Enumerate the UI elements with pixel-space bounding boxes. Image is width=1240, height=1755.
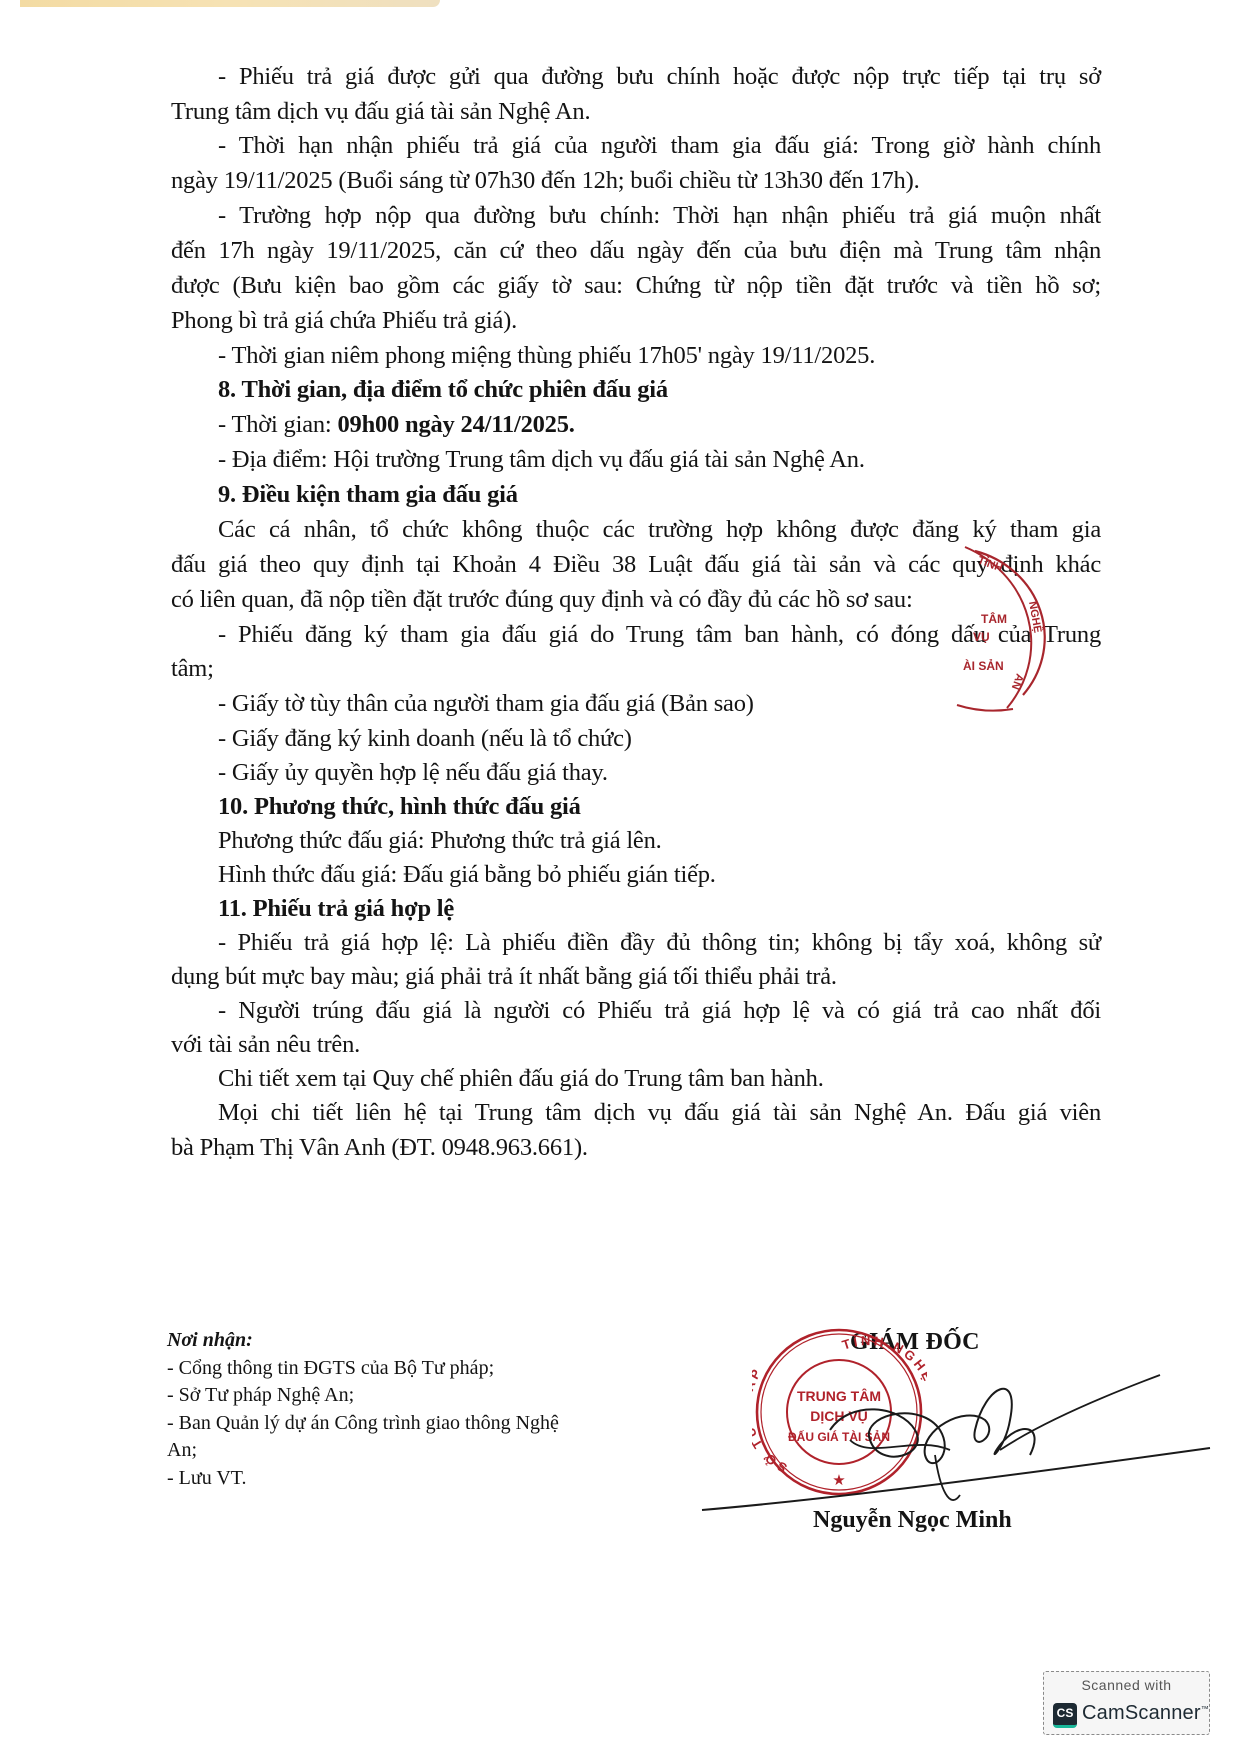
svg-text:SỞ TƯ PHÁP: SỞ TƯ PHÁP	[752, 1364, 789, 1476]
handwritten-signature	[700, 1360, 1220, 1520]
recipient-item: - Sở Tư pháp Nghệ An;	[167, 1382, 559, 1410]
paragraph-line: - Giấy ủy quyền hợp lệ nếu đấu giá thay.	[218, 758, 608, 788]
paragraph-line: - Giấy đăng ký kinh doanh (nếu là tổ chứ…	[218, 724, 632, 754]
paragraph-line: được (Bưu kiện bao gồm các giấy tờ sau: …	[171, 271, 1101, 301]
section-heading-10: 10. Phương thức, hình thức đấu giá	[218, 792, 581, 822]
recipient-item: - Lưu VT.	[167, 1465, 559, 1493]
paragraph-line: với tài sản nêu trên.	[171, 1030, 360, 1060]
auction-time-label: - Thời gian:	[218, 411, 337, 438]
svg-text:DỊCH VỤ: DỊCH VỤ	[810, 1408, 868, 1424]
paragraph-line: - Thời hạn nhận phiếu trả giá của người …	[218, 131, 1101, 161]
paragraph-line: Phương thức đấu giá: Phương thức trả giá…	[218, 826, 662, 856]
watermark-caption: Scanned with	[1044, 1677, 1209, 1693]
paragraph-line: ngày 19/11/2025 (Buổi sáng từ 07h30 đến …	[171, 166, 920, 196]
svg-text:TRUNG TÂM: TRUNG TÂM	[797, 1387, 881, 1404]
camscanner-watermark: Scanned with CS CamScanner™	[1043, 1671, 1210, 1735]
recipients-block: Nơi nhận: - Cổng thông tin ĐGTS của Bộ T…	[167, 1327, 559, 1492]
paragraph-line: - Trường hợp nộp qua đường bưu chính: Th…	[218, 201, 1101, 231]
svg-text:ĐẤU GIÁ TÀI SẢN: ĐẤU GIÁ TÀI SẢN	[788, 1429, 890, 1444]
paragraph-line: - Phiếu trả giá được gửi qua đường bưu c…	[218, 62, 1101, 92]
section-heading-9: 9. Điều kiện tham gia đấu giá	[218, 480, 518, 510]
paragraph-line: Hình thức đấu giá: Đấu giá bằng bỏ phiếu…	[218, 860, 716, 890]
auction-time-line: - Thời gian: 09h00 ngày 24/11/2025.	[218, 410, 575, 440]
paragraph-line: Chi tiết xem tại Quy chế phiên đấu giá d…	[218, 1064, 824, 1094]
section-heading-8: 8. Thời gian, địa điểm tổ chức phiên đấu…	[218, 375, 668, 405]
svg-text:AN: AN	[1009, 672, 1026, 691]
paragraph-line: có liên quan, đã nộp tiền đặt trước đúng…	[171, 585, 913, 615]
recipient-item: An;	[167, 1437, 559, 1465]
paragraph-line: dụng bút mực bay màu; giá phải trả ít nh…	[171, 962, 837, 992]
camscanner-logo-icon: CS	[1053, 1703, 1077, 1728]
paragraph-line: - Phiếu đăng ký tham gia đấu giá do Trun…	[218, 620, 1101, 650]
paragraph-line: - Người trúng đấu giá là người có Phiếu …	[218, 996, 1101, 1026]
paragraph-line: tâm;	[171, 654, 214, 684]
paragraph-line: đấu giá theo quy định tại Khoản 4 Điều 3…	[171, 550, 1101, 580]
svg-text:ÀI SẢN: ÀI SẢN	[963, 658, 1004, 673]
paragraph-line: Các cá nhân, tổ chức không thuộc các trư…	[218, 515, 1101, 545]
paragraph-line: đến 17h ngày 19/11/2025, căn cứ theo dấu…	[171, 236, 1101, 266]
auction-time-value: 09h00 ngày 24/11/2025.	[337, 411, 574, 438]
paragraph-line: Trung tâm dịch vụ đấu giá tài sản Nghệ A…	[171, 97, 590, 127]
recipient-item: - Cổng thông tin ĐGTS của Bộ Tư pháp;	[167, 1355, 559, 1383]
paragraph-line: bà Phạm Thị Vân Anh (ĐT. 0948.963.661).	[171, 1133, 588, 1163]
paragraph-line: Mọi chi tiết liên hệ tại Trung tâm dịch …	[218, 1098, 1101, 1128]
paragraph-line: - Phiếu trả giá hợp lệ: Là phiếu điền đầ…	[218, 928, 1101, 958]
recipient-item: - Ban Quản lý dự án Công trình giao thôn…	[167, 1410, 559, 1438]
section-heading-11: 11. Phiếu trả giá hợp lệ	[218, 894, 454, 924]
paragraph-line: - Giấy tờ tùy thân của người tham gia đấ…	[218, 689, 754, 719]
paragraph-line: - Địa điểm: Hội trường Trung tâm dịch vụ…	[218, 445, 865, 475]
recipients-heading: Nơi nhận:	[167, 1327, 559, 1355]
signer-name: Nguyễn Ngọc Minh	[813, 1507, 1012, 1534]
svg-text:★: ★	[832, 1472, 845, 1489]
watermark-brand: CamScanner™	[1082, 1702, 1209, 1725]
signature-title: GIÁM ĐỐC	[850, 1329, 980, 1356]
scan-edge-strip	[20, 0, 440, 7]
paragraph-line: Phong bì trả giá chứa Phiếu trả giá).	[171, 306, 517, 336]
paragraph-line: - Thời gian niêm phong miệng thùng phiếu…	[218, 341, 875, 371]
